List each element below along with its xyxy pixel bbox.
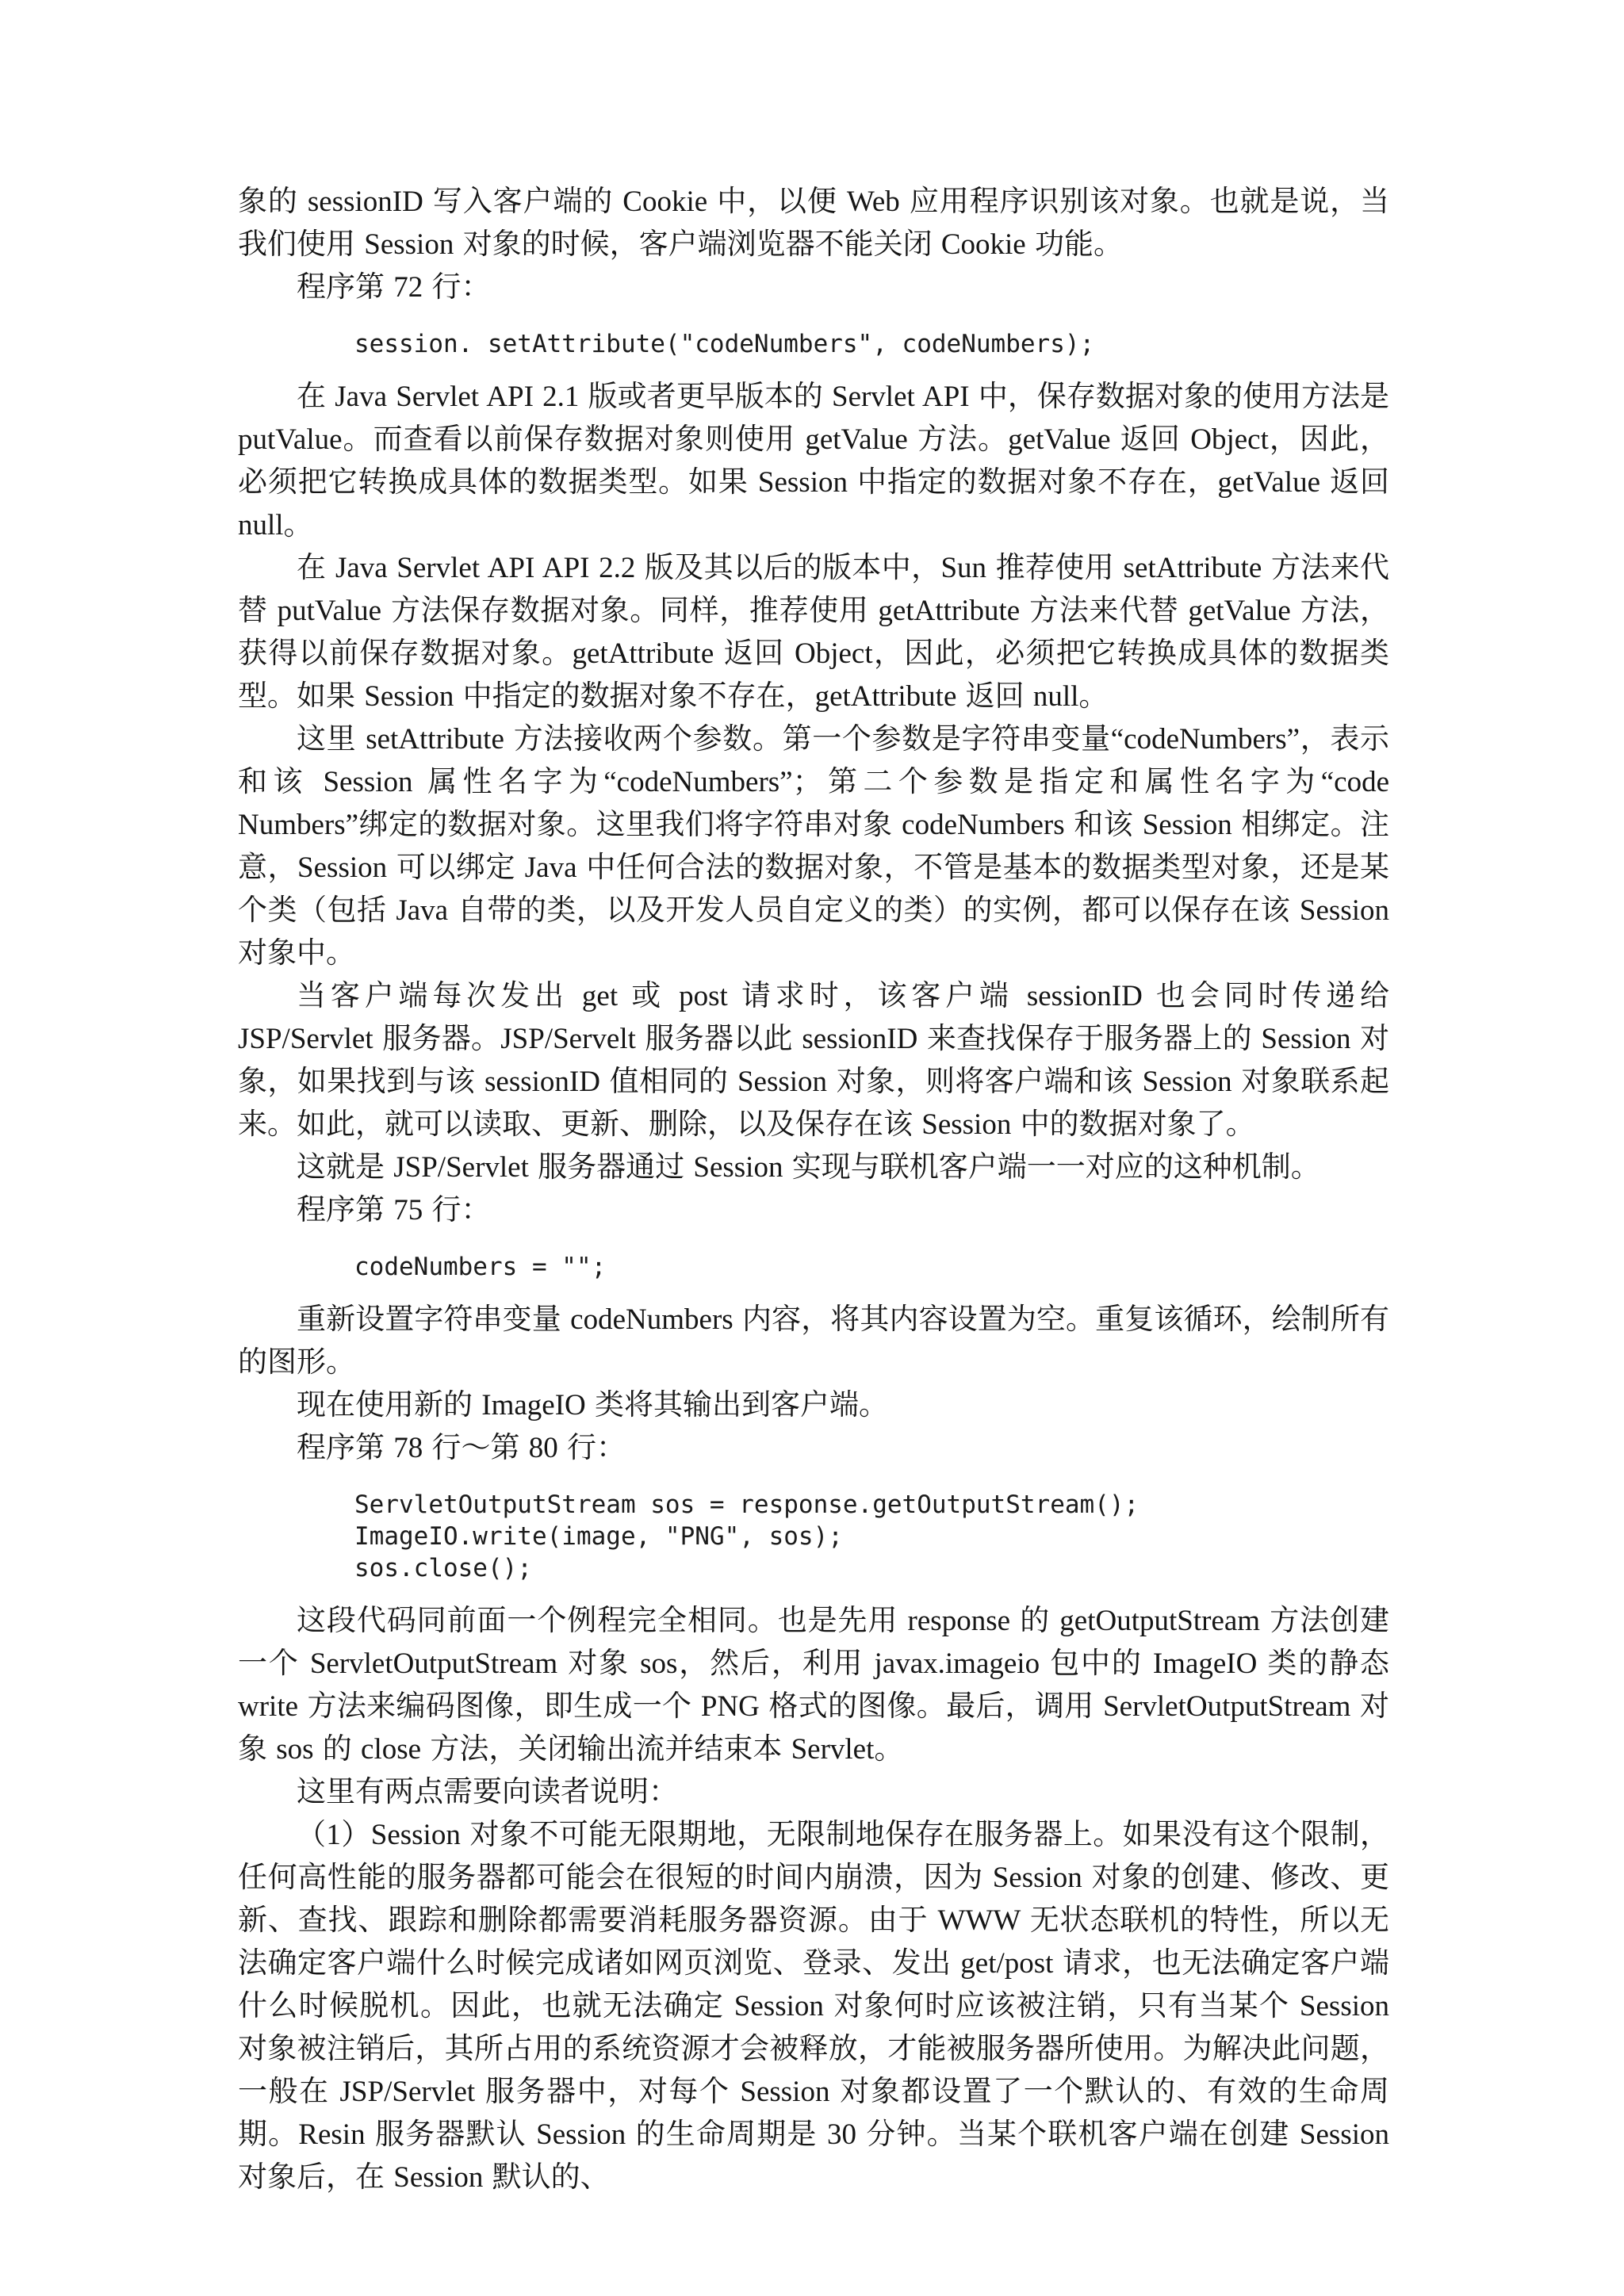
code-line-codenumbers-reset: codeNumbers = ""; xyxy=(354,1251,1389,1283)
para-cookie-requirement: 象的 sessionID 写入客户端的 Cookie 中，以便 Web 应用程序… xyxy=(238,181,1389,266)
code-line-setattribute: session. setAttribute("codeNumbers", cod… xyxy=(354,328,1389,360)
code-line-imageio-write: ImageIO.write(image, "PNG", sos); xyxy=(354,1521,1389,1552)
para-two-points-note: 这里有两点需要向读者说明： xyxy=(238,1771,1389,1814)
para-reset-codenumbers: 重新设置字符串变量 codeNumbers 内容，将其内容设置为空。重复该循环，… xyxy=(238,1299,1389,1384)
para-servlet-api-22: 在 Java Servlet API API 2.2 版及其以后的版本中，Sun… xyxy=(238,547,1389,718)
para-code-explanation: 这段代码同前面一个例程完全相同。也是先用 response 的 getOutpu… xyxy=(238,1600,1389,1771)
para-session-mechanism: 这就是 JSP/Servlet 服务器通过 Session 实现与联机客户端一一… xyxy=(238,1146,1389,1189)
para-servlet-api-21: 在 Java Servlet API 2.1 版或者更早版本的 Servlet … xyxy=(238,376,1389,547)
code-block-output-stream: ServletOutputStream sos = response.getOu… xyxy=(354,1489,1389,1584)
code-line-sos-close: sos.close(); xyxy=(354,1552,1389,1584)
code-block-codenumbers-reset: codeNumbers = ""; xyxy=(354,1251,1389,1283)
para-program-line-75-label: 程序第 75 行： xyxy=(238,1189,1389,1232)
para-setattribute-parameters: 这里 setAttribute 方法接收两个参数。第一个参数是字符串变量“cod… xyxy=(238,718,1389,975)
code-line-get-output-stream: ServletOutputStream sos = response.getOu… xyxy=(354,1489,1389,1521)
para-imageio-output: 现在使用新的 ImageIO 类将其输出到客户端。 xyxy=(238,1384,1389,1427)
para-sessionid-get-post: 当客户端每次发出 get 或 post 请求时，该客户端 sessionID 也… xyxy=(238,975,1389,1146)
code-block-setattribute: session. setAttribute("codeNumbers", cod… xyxy=(354,328,1389,360)
scanned-book-page: 象的 sessionID 写入客户端的 Cookie 中，以便 Web 应用程序… xyxy=(0,0,1624,2296)
text-column: 象的 sessionID 写入客户端的 Cookie 中，以便 Web 应用程序… xyxy=(238,181,1389,2199)
para-program-line-72-label: 程序第 72 行： xyxy=(238,266,1389,309)
para-program-lines-78-80-label: 程序第 78 行～第 80 行： xyxy=(238,1427,1389,1470)
para-point-1-session-lifetime: （1）Session 对象不可能无限期地，无限制地保存在服务器上。如果没有这个限… xyxy=(238,1814,1389,2199)
